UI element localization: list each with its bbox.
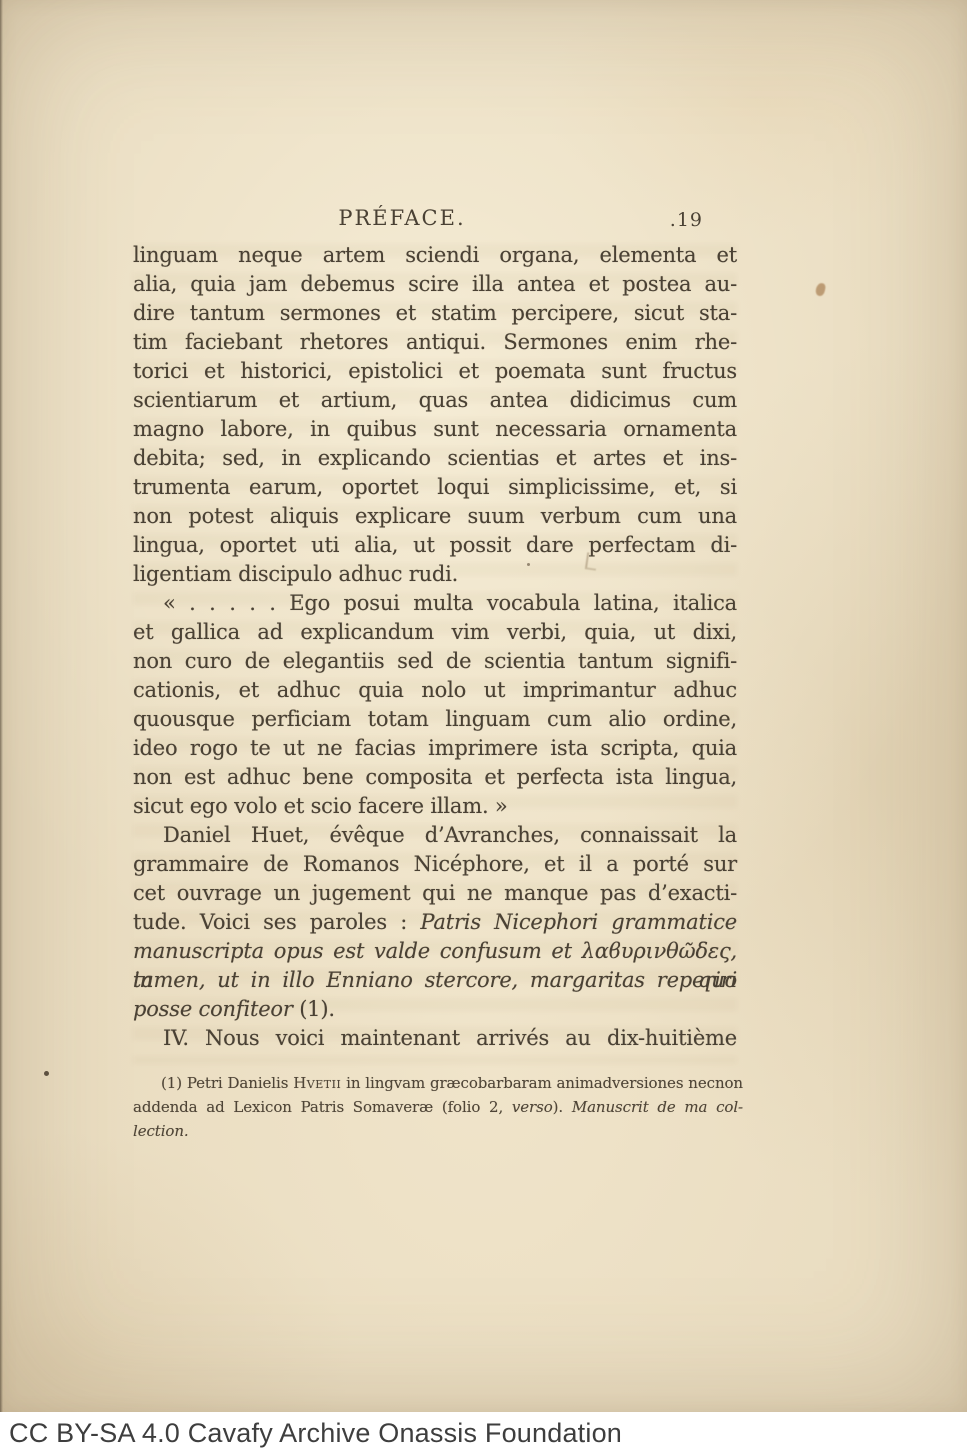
- text-line: ideo rogo te ut ne facias imprimere ista…: [133, 734, 737, 763]
- text-line: linguam neque artem sciendi organa, elem…: [133, 241, 737, 270]
- text-line: lingua, oportet uti alia, ut possit dare…: [133, 531, 737, 560]
- faint-pencil-mark: [585, 552, 598, 570]
- footnote-text: ).: [553, 1098, 572, 1116]
- text-line: dire tantum sermones et statim percipere…: [133, 299, 737, 328]
- text-line: IV. Nous voici maintenant arrivés au dix…: [133, 1024, 737, 1053]
- italic-word: verso: [512, 1098, 553, 1116]
- body-text: linguam neque artem sciendi organa, elem…: [133, 241, 737, 1053]
- footnote-text: addenda ad Lexicon Patris Somaveræ (foli…: [133, 1098, 512, 1116]
- smallcaps-name: Hvetii: [293, 1074, 341, 1092]
- italic-citation-segment: Patris Nicephori grammatice: [420, 910, 737, 934]
- paper-background: PRÉFACE. .19 linguam neque artem sciendi…: [0, 0, 967, 1412]
- footnote-text: (1) Petri Danielis: [161, 1074, 293, 1092]
- footnote-line: lection.: [133, 1119, 743, 1143]
- roman-segment: tude. Voici ses paroles :: [133, 910, 420, 934]
- text-line: tim faciebant rhetores antiqui. Sermones…: [133, 328, 737, 357]
- license-attribution-text: CC BY-SA 4.0 Cavafy Archive Onassis Foun…: [0, 1418, 622, 1449]
- text-line: tamen, ut in illo Enniano stercore, marg…: [133, 966, 737, 995]
- text-line: et gallica ad explicandum vim verbi, qui…: [133, 618, 737, 647]
- text-line: tude. Voici ses paroles : Patris Nicepho…: [133, 908, 737, 937]
- text-line: non est adhuc bene composita et perfecta…: [133, 763, 737, 792]
- italic-phrase: lection.: [133, 1122, 189, 1140]
- footnote-line: addenda ad Lexicon Patris Somaveræ (foli…: [133, 1095, 743, 1119]
- text-line: magno labore, in quibus sunt necessaria …: [133, 415, 737, 444]
- scan-speck: [527, 563, 530, 566]
- text-line: ligentiam discipulo adhuc rudi.: [133, 560, 737, 589]
- italic-citation-segment: posse confiteor: [133, 997, 293, 1021]
- text-line: posse confiteor (1).: [133, 995, 737, 1024]
- footnote: (1) Petri Danielis Hvetii in lingvam græ…: [133, 1071, 743, 1143]
- text-line: manuscripta opus est valde confusum et λ…: [133, 937, 737, 966]
- license-attribution-bar: CC BY-SA 4.0 Cavafy Archive Onassis Foun…: [0, 1412, 967, 1455]
- text-line: « . . . . . Ego posui multa vocabula lat…: [133, 589, 737, 618]
- text-line: quousque perficiam totam linguam cum ali…: [133, 705, 737, 734]
- page-header: PRÉFACE. .19: [133, 206, 737, 234]
- book-page-scan: PRÉFACE. .19 linguam neque artem sciendi…: [0, 0, 967, 1455]
- page-number: .19: [670, 209, 703, 231]
- page-title: PRÉFACE.: [133, 206, 671, 230]
- text-line: grammaire de Romanos Nicéphore, et il a …: [133, 850, 737, 879]
- greek-word: λαϐυρινθῶδες,: [582, 939, 737, 963]
- scan-speck: [44, 1071, 49, 1076]
- text-line: cationis, et adhuc quia nolo ut impriman…: [133, 676, 737, 705]
- text-line: torici et historici, epistolici et poema…: [133, 357, 737, 386]
- footnote-reference: (1).: [293, 997, 335, 1021]
- italic-citation-segment: manuscripta opus est valde confusum et: [133, 939, 582, 963]
- text-line: cet ouvrage un jugement qui ne manque pa…: [133, 879, 737, 908]
- text-line: non potest aliquis explicare suum verbum…: [133, 502, 737, 531]
- italic-citation-segment: tamen, ut in illo Enniano stercore, marg…: [133, 968, 737, 992]
- text-line: non curo de elegantiis sed de scientia t…: [133, 647, 737, 676]
- text-line: trumenta earum, oportet loqui simpliciss…: [133, 473, 737, 502]
- text-line: debita; sed, in explicando scientias et …: [133, 444, 737, 473]
- footnote-line: (1) Petri Danielis Hvetii in lingvam græ…: [133, 1071, 743, 1095]
- text-line: scientiarum et artium, quas antea didici…: [133, 386, 737, 415]
- text-line: Daniel Huet, évêque d’Avranches, connais…: [133, 821, 737, 850]
- scan-edge-shadow: [0, 0, 3, 1412]
- scan-speck: [815, 282, 827, 297]
- italic-phrase: Manuscrit de ma col-: [572, 1098, 743, 1116]
- text-line: alia, quia jam debemus scire illa antea …: [133, 270, 737, 299]
- text-line: sicut ego volo et scio facere illam. »: [133, 792, 737, 821]
- footnote-text: in lingvam græcobarbaram animadversiones…: [341, 1074, 743, 1092]
